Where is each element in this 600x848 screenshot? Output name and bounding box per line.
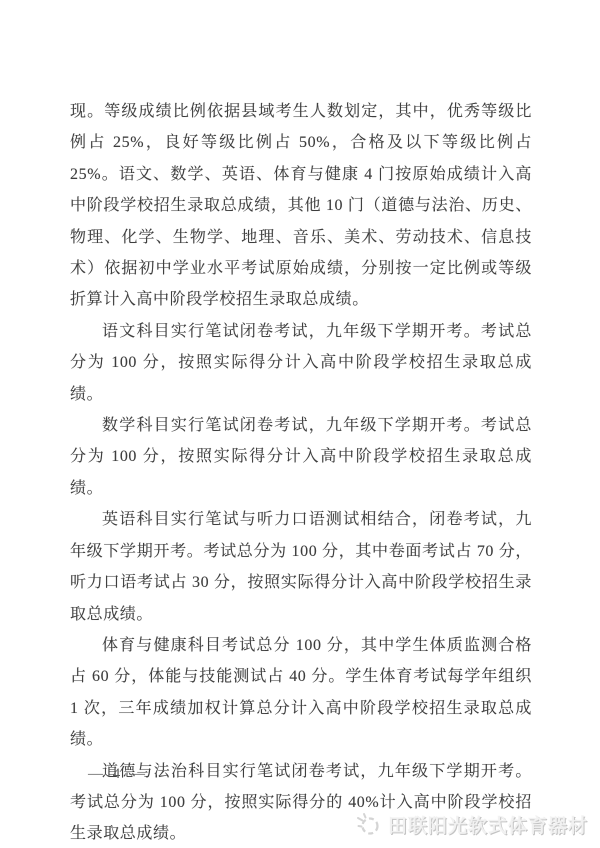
page-number: — 4 — [88, 766, 148, 783]
watermark-text: 田联阳光软式体育器材 [388, 811, 588, 838]
watermark: 田联阳光软式体育器材 [356, 811, 588, 838]
sun-logo-icon [356, 812, 382, 838]
document-page: 现。等级成绩比例依据县域考生人数划定，其中，优秀等级比例占 25%，良好等级比例… [0, 0, 600, 848]
paragraph-pe-health-subject: 体育与健康科目考试总分 100 分，其中学生体质监测合格占 60 分，体能与技能… [70, 630, 532, 756]
document-body: 现。等级成绩比例依据县域考生人数划定，其中，优秀等级比例占 25%，良好等级比例… [70, 96, 532, 848]
paragraph-english-subject: 英语科目实行笔试与听力口语测试相结合，闭卷考试，九年级下学期开考。考试总分为 1… [70, 504, 532, 630]
paragraph-math-subject: 数学科目实行笔试闭卷考试，九年级下学期开考。考试总分为 100 分，按照实际得分… [70, 410, 532, 504]
paragraph-chinese-subject: 语文科目实行笔试闭卷考试，九年级下学期开考。考试总分为 100 分，按照实际得分… [70, 316, 532, 410]
paragraph-grade-ratio-policy: 现。等级成绩比例依据县域考生人数划定，其中，优秀等级比例占 25%，良好等级比例… [70, 96, 532, 316]
